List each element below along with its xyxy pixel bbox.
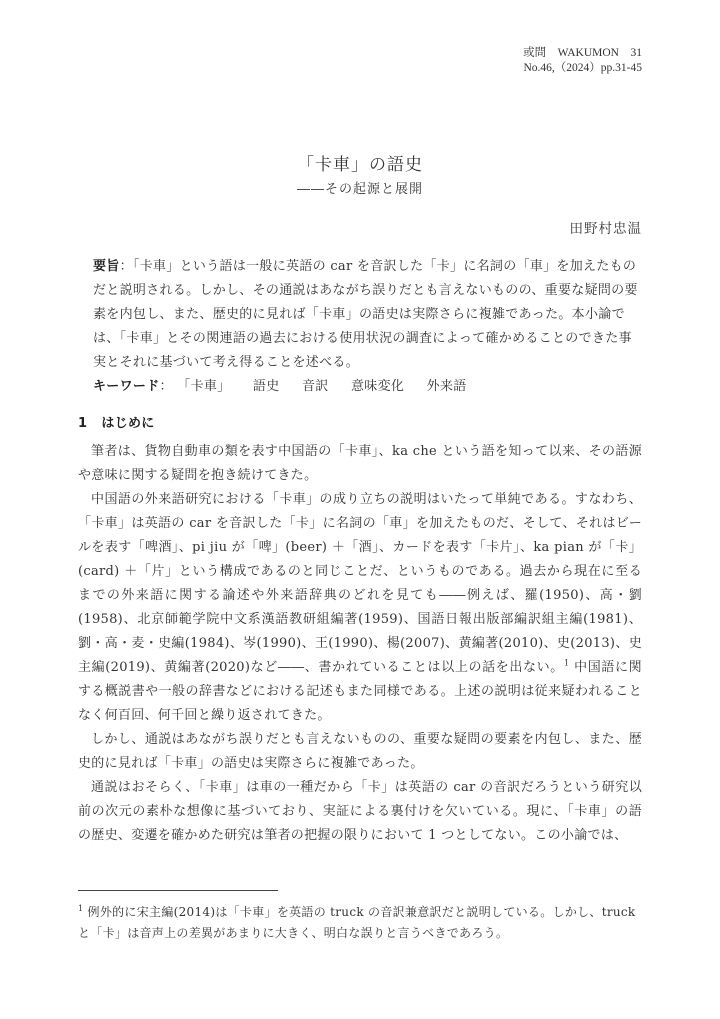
author-name: 田野村忠温 [570,217,643,237]
abstract-block: 要旨：「卡車」という語は一般に英語の car を音訳した「卡」に名詞の「車」を加… [93,255,641,399]
journal-name-page: 或問 WAKUMON 31 [523,46,642,61]
body-paragraph: 筆者は、貨物自動車の類を表す中国語の「卡車」、ka che という語を知って以来… [78,440,642,488]
section-number: 1 [78,416,87,431]
section-heading: 1はじめに [78,412,642,436]
keyword: 語史 [253,379,280,394]
body-paragraph: 中国語の外来語研究における「卡車」の成り立ちの説明はいたって単純である。すなわち… [78,488,642,728]
footnote-item: 1 例外的に宋主編(2014)は「卡車」を英語の truck の音訳兼意訳だと説… [78,902,642,944]
issue-pages: No.46,（2024）pp.31-45 [523,61,642,76]
footnote-number: 1 [78,904,83,913]
keywords-label: キーワード [93,379,160,394]
abstract-label: 要旨 [93,259,120,274]
keywords-separator: ： [160,379,173,394]
journal-reference: 或問 WAKUMON 31 No.46,（2024）pp.31-45 [523,46,642,76]
paper-subtitle: ――その起源と展開 [0,178,720,197]
footnote-text: 例外的に宋主編(2014)は「卡車」を英語の truck の音訳兼意訳だと説明し… [78,905,636,940]
paper-title: 「卡車」の語史 [0,150,720,175]
footnote-reference[interactable]: 1 [564,659,569,668]
keywords: キーワード： 「卡車」 語史 音訳 意味変化 外来語 [93,375,641,399]
keyword: 意味変化 [351,379,404,394]
abstract-separator: ： [120,259,133,274]
section-title: はじめに [101,416,154,431]
body-paragraph: しかし、通説はあながち誤りだとも言えないものの、重要な疑問の要素を内包し、また、… [78,728,642,776]
abstract-text: 「卡車」という語は一般に英語の car を音訳した「卡」に名詞の「車」を加えたも… [93,259,638,370]
paragraph-text: 中国語の外来語研究における「卡車」の成り立ちの説明はいたって単純である。すなわち… [78,492,642,675]
keyword: 「卡車」 [177,379,230,394]
section-introduction: 1はじめに 筆者は、貨物自動車の類を表す中国語の「卡車」、ka che という語… [78,412,642,848]
abstract: 要旨：「卡車」という語は一般に英語の car を音訳した「卡」に名詞の「車」を加… [93,255,641,375]
footnote: 1 例外的に宋主編(2014)は「卡車」を英語の truck の音訳兼意訳だと説… [78,902,642,944]
keyword: 外来語 [427,379,467,394]
body-paragraph: 通説はおそらく、「卡車」は車の一種だから「卡」は英語の car の音訳だろうとい… [78,776,642,848]
footnote-divider [78,890,278,891]
keyword: 音訳 [302,379,329,394]
